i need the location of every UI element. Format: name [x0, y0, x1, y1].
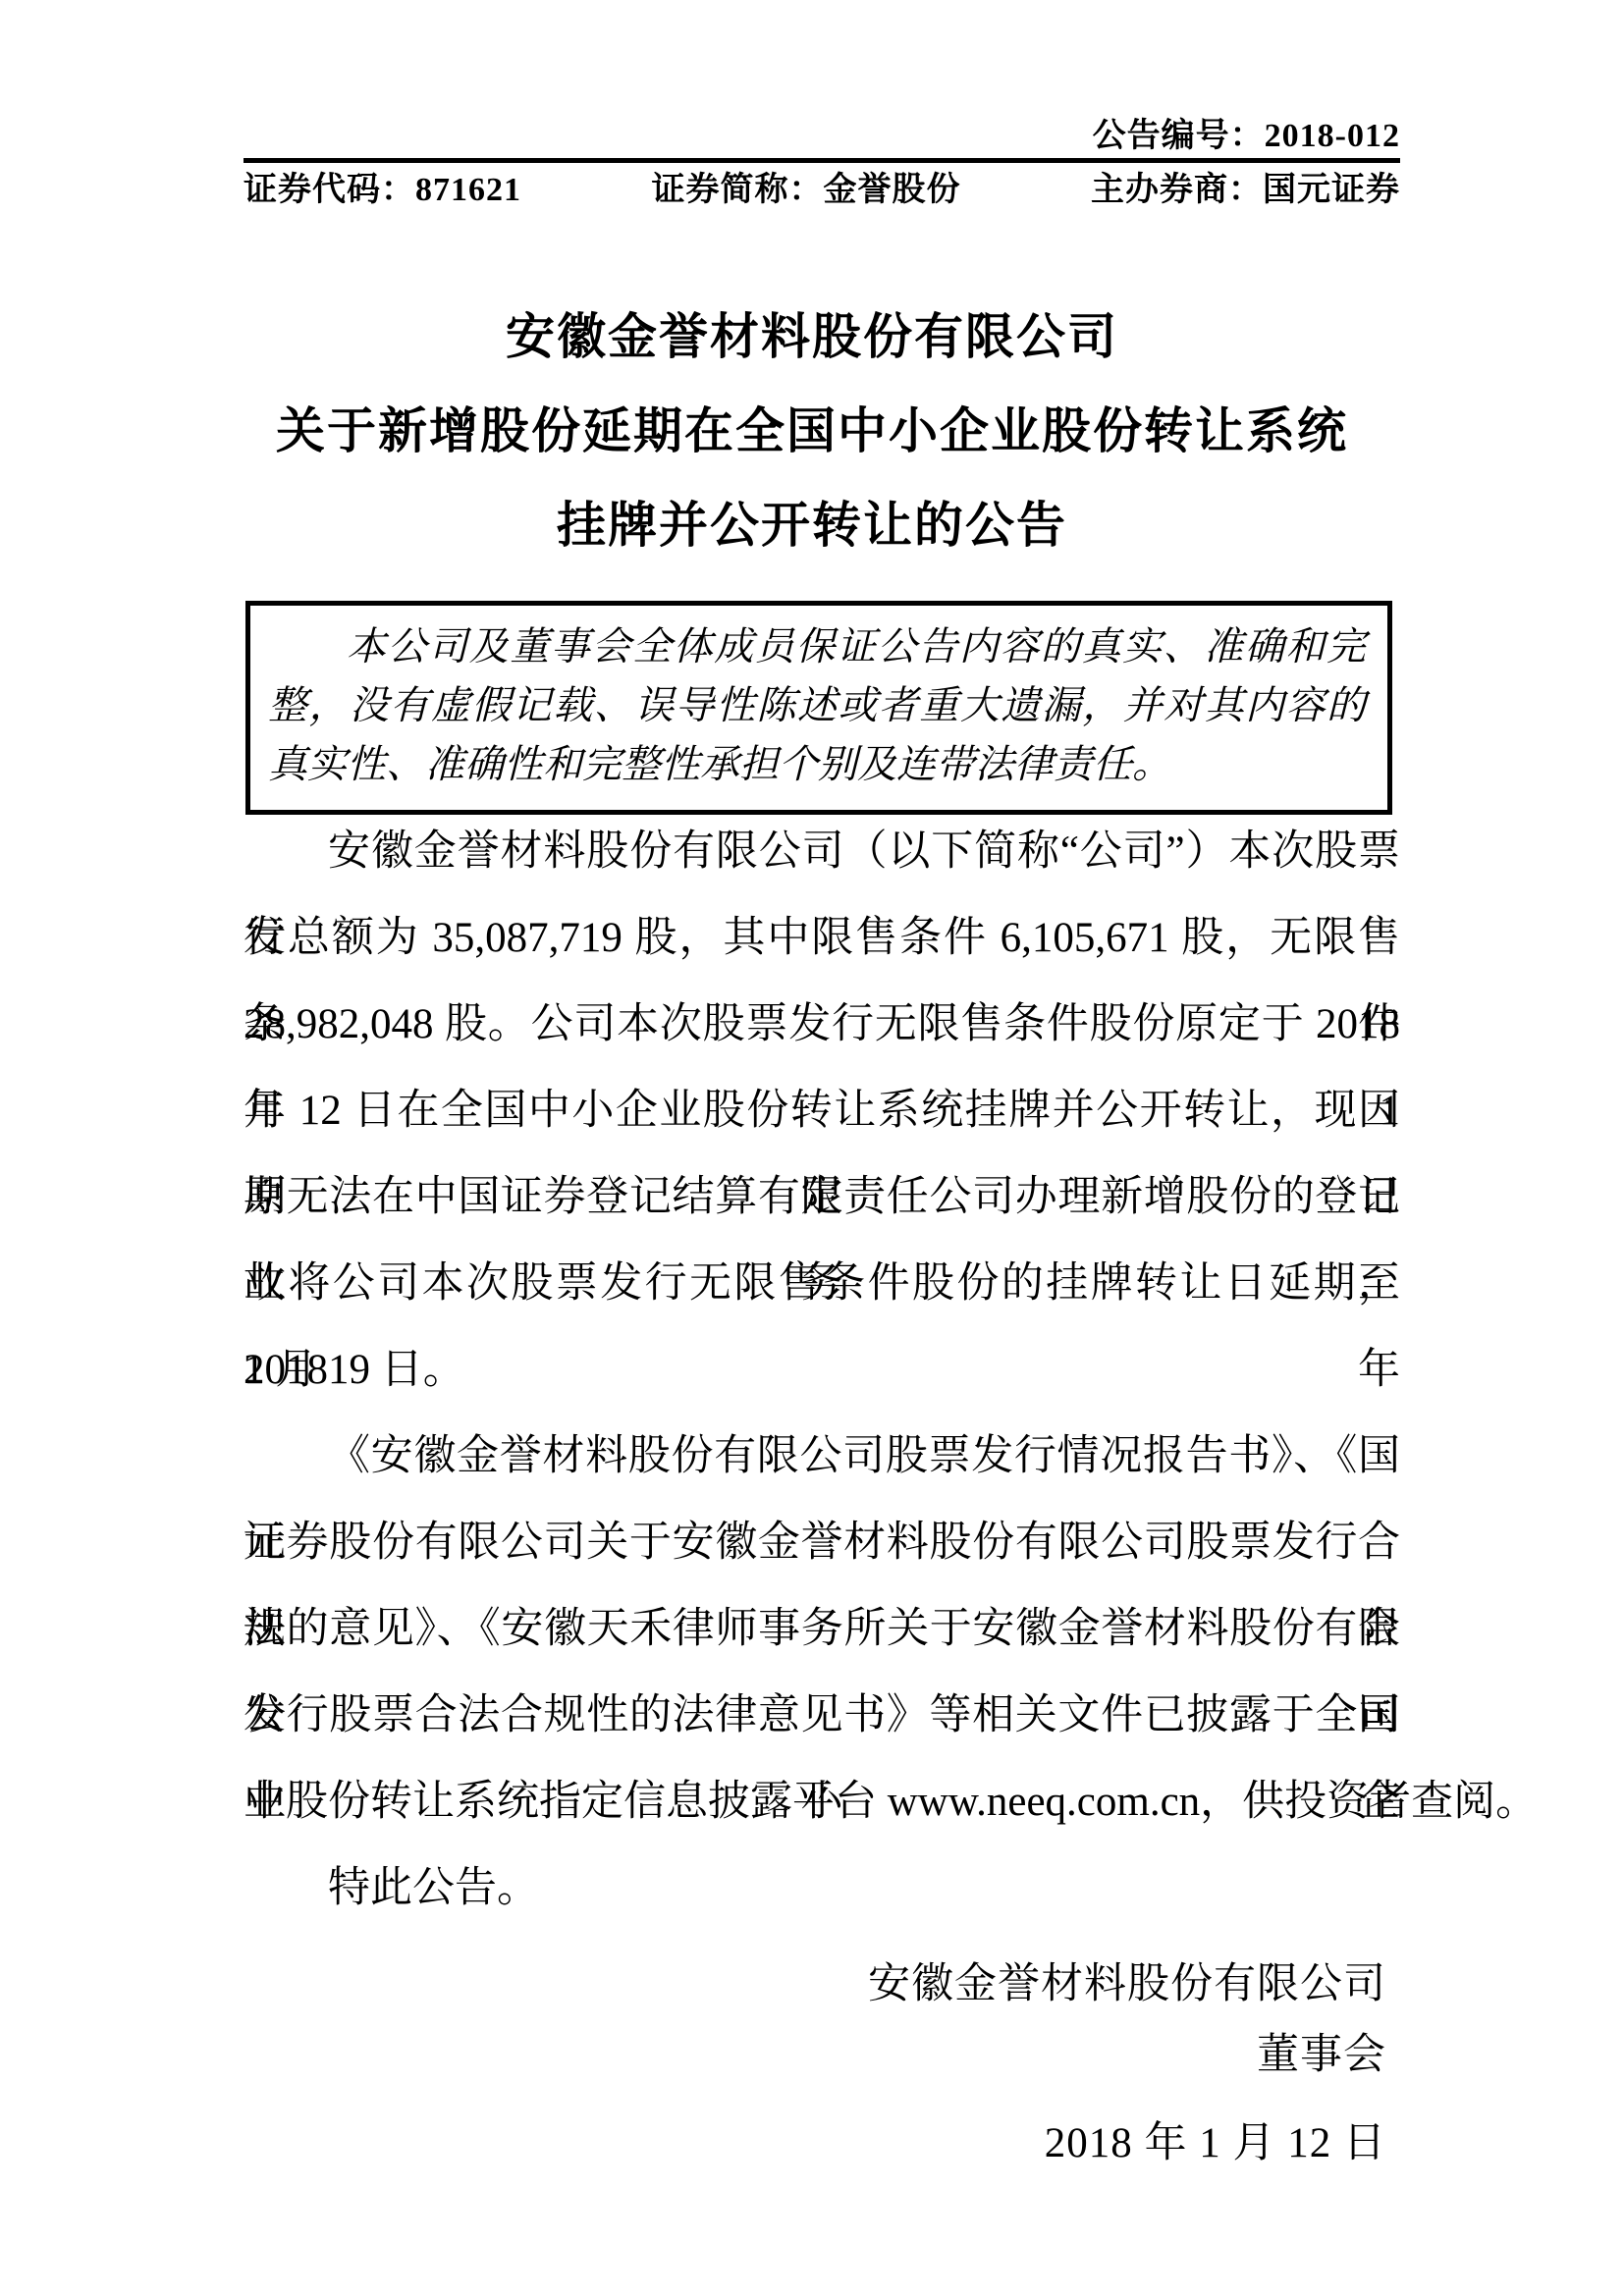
body-text-line: 安徽金誉材料股份有限公司（以下简称“公司”）本次股票发 — [244, 809, 1400, 895]
body-text-line: 特此公告。 — [244, 1845, 1400, 1932]
header-divider-line — [244, 158, 1400, 163]
body-text-line: 证券股份有限公司关于安徽金誉材料股份有限公司股票发行合法合 — [244, 1500, 1400, 1586]
announcement-number: 公告编号：2018-012 — [244, 114, 1400, 159]
body-text-line: 28,982,048 股。公司本次股票发行无限售条件股份原定于 2018 年 1 — [244, 982, 1400, 1068]
securities-meta-row: 证券代码：871621证券简称：金誉股份主办券商：国元证券 — [244, 169, 1400, 212]
body-text-line: 《安徽金誉材料股份有限公司股票发行情况报告书》、《国元 — [244, 1414, 1400, 1500]
securities-meta-item: 证券简称：金誉股份 — [652, 169, 961, 212]
announcement-document-page: 公告编号：2018-012 证券代码：871621证券简称：金誉股份主办券商：国… — [0, 0, 1624, 2296]
document-title-line: 挂牌并公开转让的公告 — [0, 478, 1624, 572]
securities-meta-item: 证券代码：871621 — [244, 169, 521, 212]
body-text-line: 规的意见》、《安徽天禾律师事务所关于安徽金誉材料股份有限公司 — [244, 1586, 1400, 1673]
body-text-line: 行总额为 35,087,719 股，其中限售条件 6,105,671 股，无限售… — [244, 895, 1400, 982]
body-text-line: 业股份转让系统指定信息披露平台 www.neeq.com.cn，供投资者查阅。 — [244, 1759, 1400, 1845]
body-text-line: 故将公司本次股票发行无限售条件股份的挂牌转让日延期至 2018 年 — [244, 1241, 1400, 1327]
document-title-line: 安徽金誉材料股份有限公司 — [0, 290, 1624, 384]
signature-issuer: 董事会 — [244, 2012, 1400, 2099]
body-text-line: 发行股票合法合规性的法律意见书》等相关文件已披露于全国中小企 — [244, 1673, 1400, 1759]
document-title: 安徽金誉材料股份有限公司关于新增股份延期在全国中小企业股份转让系统挂牌并公开转让… — [0, 290, 1624, 572]
document-title-line: 关于新增股份延期在全国中小企业股份转让系统 — [0, 384, 1624, 478]
securities-meta-item: 主办券商：国元证券 — [1091, 169, 1400, 212]
disclaimer-box: 本公司及董事会全体成员保证公告内容的真实、准确和完整，没有虚假记载、误导性陈述或… — [245, 601, 1392, 815]
disclaimer-text: 本公司及董事会全体成员保证公告内容的真实、准确和完整，没有虚假记载、误导性陈述或… — [268, 617, 1366, 794]
body-text-line: 月 12 日在全国中小企业股份转让系统挂牌并公开转让，现因原定日 — [244, 1068, 1400, 1154]
body-text: 安徽金誉材料股份有限公司（以下简称“公司”）本次股票发行总额为 35,087,7… — [244, 809, 1400, 1932]
signature-date: 2018 年 1 月 12 日 — [244, 2101, 1400, 2187]
body-text-line: 期无法在中国证券登记结算有限责任公司办理新增股份的登记业务， — [244, 1154, 1400, 1241]
